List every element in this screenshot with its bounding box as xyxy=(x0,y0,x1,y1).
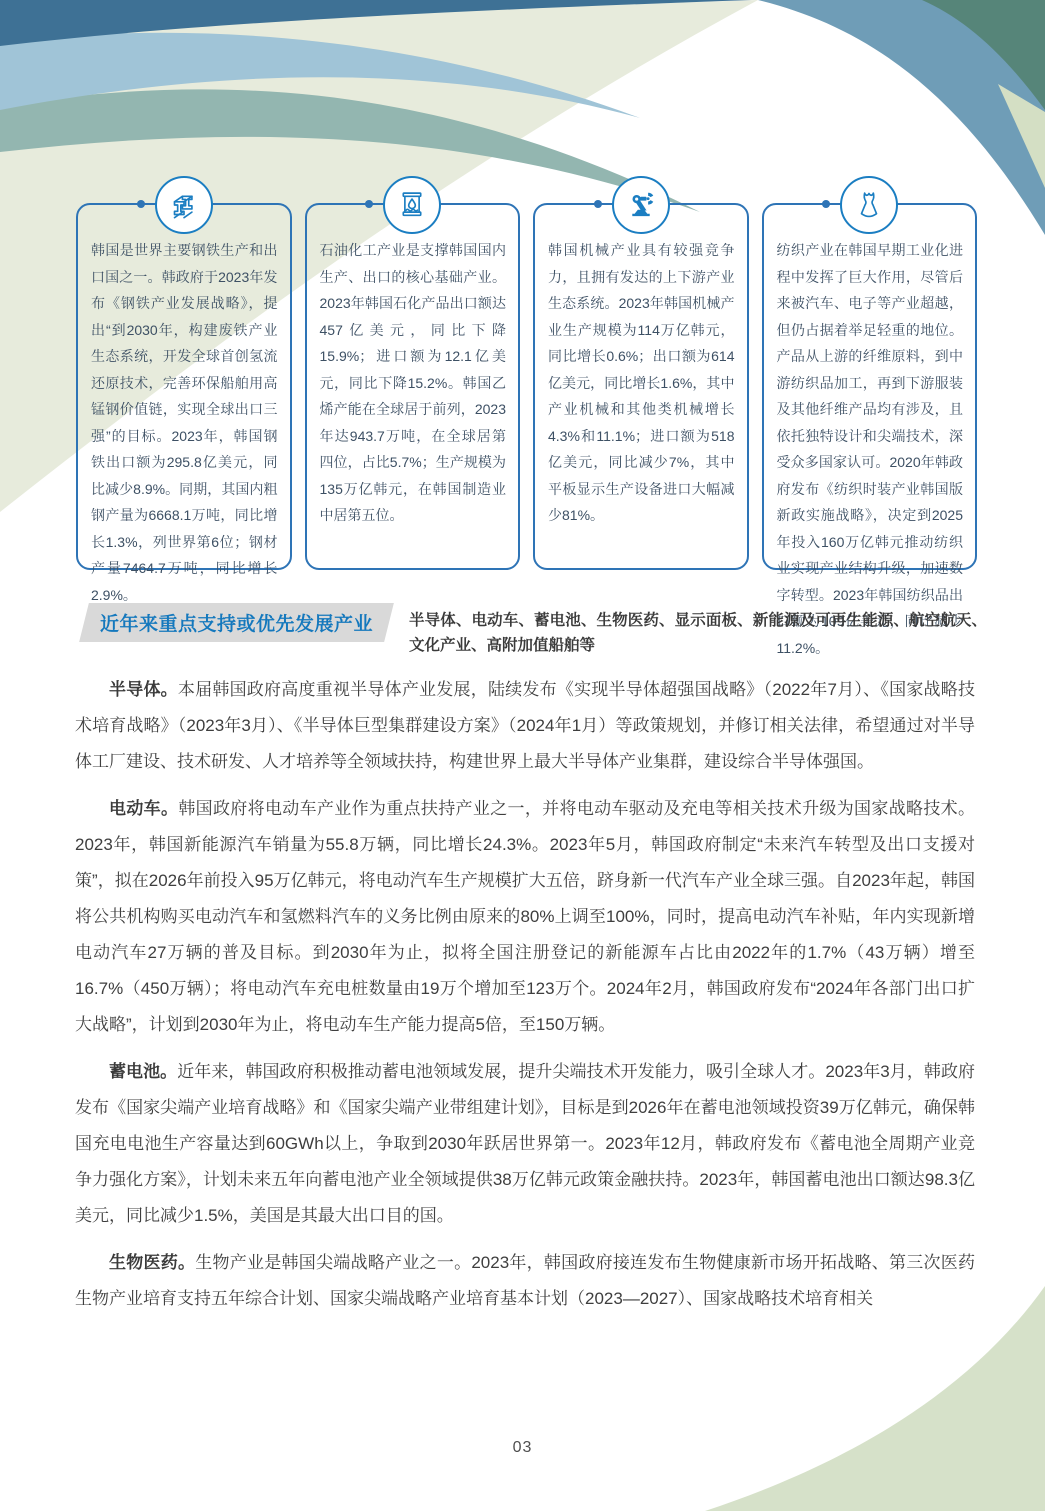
paragraph-semiconductor: 半导体。本届韩国政府高度重视半导体产业发展，陆续发布《实现半导体超强国战略》（2… xyxy=(75,672,975,780)
card-textile-text: 纺织产业在韩国早期工业化进程中发挥了巨大作用，尽管后来被汽车、电子等产业超越，但… xyxy=(764,205,976,661)
paragraph-body: 本届韩国政府高度重视半导体产业发展，陆续发布《实现半导体超强国战略》（2022年… xyxy=(75,680,975,771)
deco-medium-blue-curve xyxy=(758,0,1045,235)
paragraph-electric-vehicle: 电动车。韩国政府将电动车产业作为重点扶持产业之一，并将电动车驱动及充电等相关技术… xyxy=(75,791,975,1043)
deco-gray-teal-band xyxy=(0,89,700,212)
robot-arm-icon xyxy=(612,176,670,234)
paragraph-biomedicine: 生物医药。生物产业是韩国尖端战略产业之一。2023年，韩国政府接连发布生物健康新… xyxy=(75,1245,975,1317)
paragraph-lead: 生物医药。 xyxy=(109,1253,195,1272)
deco-light-blue-band xyxy=(0,33,640,118)
paragraph-body: 生物产业是韩国尖端战略产业之一。2023年，韩国政府接连发布生物健康新市场开拓战… xyxy=(75,1253,975,1308)
paragraph-lead: 半导体。 xyxy=(109,680,178,699)
card-textile-industry: 纺织产业在韩国早期工业化进程中发挥了巨大作用，尽管后来被汽车、电子等产业超越，但… xyxy=(762,203,978,570)
connector-dot xyxy=(594,200,602,208)
card-steel-text: 韩国是世界主要钢铁生产和出口国之一。韩政府于2023年发布《钢铁产业发展战略》，… xyxy=(78,205,290,608)
card-machinery-industry: 韩国机械产业具有较强竞争力，且拥有发达的上下游产业生态系统。2023年韩国机械产… xyxy=(533,203,749,570)
paragraph-battery: 蓄电池。近年来，韩国政府积极推动蓄电池领域发展，提升尖端技术开发能力，吸引全球人… xyxy=(75,1054,975,1234)
document-page: 韩国是世界主要钢铁生产和出口国之一。韩政府于2023年发布《钢铁产业发展战略》，… xyxy=(0,0,1045,1511)
dress-icon xyxy=(840,176,898,234)
card-petrochemical-text: 石油化工产业是支撑韩国国内生产、出口的核心基础产业。2023年韩国石化产品出口额… xyxy=(307,205,519,529)
card-machinery-text: 韩国机械产业具有较强竞争力，且拥有发达的上下游产业生态系统。2023年韩国机械产… xyxy=(535,205,747,529)
deco-dark-blue-band xyxy=(0,0,752,46)
paragraph-body: 近年来，韩国政府积极推动蓄电池领域发展，提升尖端技术开发能力，吸引全球人才。20… xyxy=(75,1062,975,1225)
connector-dot xyxy=(137,200,145,208)
paragraph-lead: 蓄电池。 xyxy=(109,1062,177,1081)
deco-dark-teal-corner xyxy=(922,0,1045,110)
paragraph-lead: 电动车。 xyxy=(109,799,178,818)
card-petrochemical-industry: 石油化工产业是支撑韩国国内生产、出口的核心基础产业。2023年韩国石化产品出口额… xyxy=(305,203,521,570)
industry-cards-row: 韩国是世界主要钢铁生产和出口国之一。韩政府于2023年发布《钢铁产业发展战略》，… xyxy=(76,203,977,570)
section-subtitle: 半导体、电动车、蓄电池、生物医药、显示面板、新能源及可再生能源、航空航天、文化产… xyxy=(409,603,987,658)
page-number: 03 xyxy=(0,1439,1045,1457)
section-title-badge: 近年来重点支持或优先发展产业 xyxy=(84,603,389,642)
body-text: 半导体。本届韩国政府高度重视半导体产业发展，陆续发布《实现半导体超强国战略》（2… xyxy=(75,672,975,1328)
paragraph-body: 韩国政府将电动车产业作为重点扶持产业之一，并将电动车驱动及充电等相关技术升级为国… xyxy=(75,799,975,1034)
oil-barrel-icon xyxy=(383,176,441,234)
card-steel-industry: 韩国是世界主要钢铁生产和出口国之一。韩政府于2023年发布《钢铁产业发展战略》，… xyxy=(76,203,292,570)
section-header: 近年来重点支持或优先发展产业 半导体、电动车、蓄电池、生物医药、显示面板、新能源… xyxy=(84,603,987,658)
steel-beam-icon xyxy=(155,176,213,234)
deco-light-sage-wedge xyxy=(998,84,1045,188)
